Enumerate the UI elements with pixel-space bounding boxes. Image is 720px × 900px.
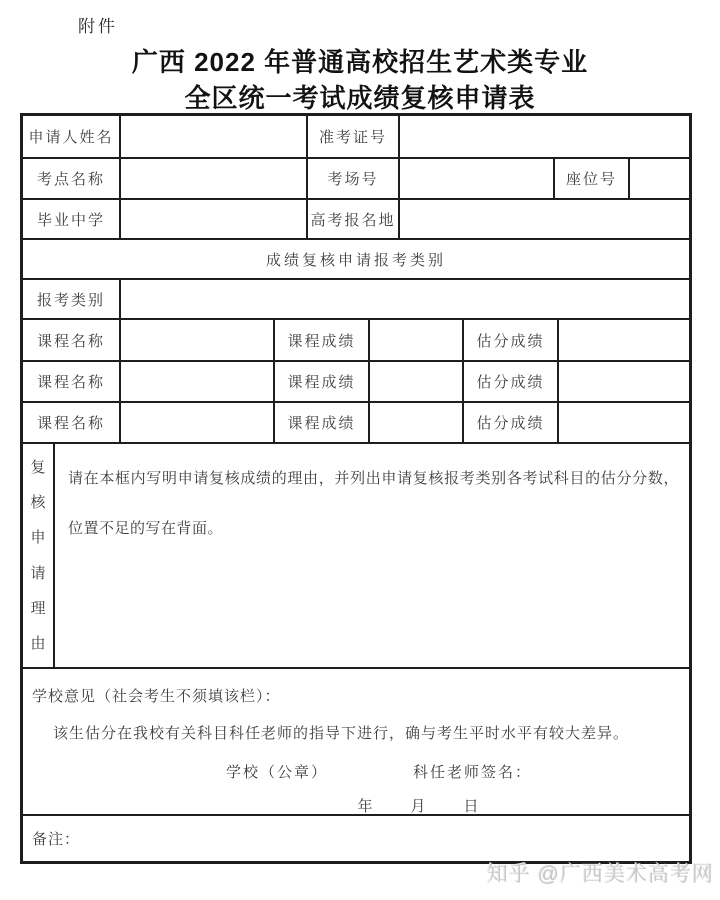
form-title-line1: 广西 2022 年普通高校招生艺术类专业 xyxy=(0,42,720,79)
ticket-number-field xyxy=(400,116,689,157)
room-number-field xyxy=(400,159,555,198)
school-opinion-statement: 该生估分在我校有关科目科任老师的指导下进行，确与考生平时水平有较大差异。 xyxy=(53,722,629,743)
school-seal-label: 学校（公章） xyxy=(226,761,328,782)
applicant-name-label: 申请人姓名 xyxy=(28,126,113,147)
applicant-name-field xyxy=(121,116,308,157)
graduate-school-label-cell: 毕业中学 xyxy=(23,200,121,238)
date-line: 年 月 日 xyxy=(85,795,720,816)
estimate-score-label: 估分成绩 xyxy=(476,412,544,433)
room-number-label-cell: 考场号 xyxy=(308,159,400,198)
estimate-score-field xyxy=(559,362,689,401)
course-score-label: 课程成绩 xyxy=(287,412,355,433)
row-category: 报考类别 xyxy=(23,280,689,320)
ticket-number-label-cell: 准考证号 xyxy=(308,116,400,157)
estimate-score-label-cell: 估分成绩 xyxy=(464,362,559,401)
course-name-label-cell: 课程名称 xyxy=(23,320,121,360)
room-number-label: 考场号 xyxy=(327,168,378,189)
teacher-signature-label: 科任老师签名： xyxy=(413,761,532,782)
row-remarks: 备注： xyxy=(23,816,689,861)
course-score-field xyxy=(370,320,464,360)
row-graduate-school: 毕业中学 高考报名地 xyxy=(23,200,689,240)
course-name-field xyxy=(121,320,275,360)
registration-place-label: 高考报名地 xyxy=(310,209,395,230)
course-score-label-cell: 课程成绩 xyxy=(275,320,370,360)
row-section-header: 成绩复核申请报考类别 xyxy=(23,240,689,280)
remarks-label: 备注： xyxy=(32,828,80,849)
site-name-label-cell: 考点名称 xyxy=(23,159,121,198)
side-char: 复 xyxy=(30,456,45,477)
row-exam-site: 考点名称 考场号 座位号 xyxy=(23,159,689,200)
date-day-label: 日 xyxy=(464,795,479,816)
review-reason-instructions: 请在本框内写明申请复核成绩的理由，并列出申请复核报考类别各考试科目的估分分数，位… xyxy=(55,444,689,667)
date-month-label: 月 xyxy=(410,795,425,816)
course-score-label-cell: 课程成绩 xyxy=(275,362,370,401)
category-label-cell: 报考类别 xyxy=(23,280,121,318)
course-name-field xyxy=(121,362,275,401)
course-name-label: 课程名称 xyxy=(37,412,105,433)
course-score-label: 课程成绩 xyxy=(287,330,355,351)
ticket-number-label: 准考证号 xyxy=(319,126,387,147)
seat-number-label-cell: 座位号 xyxy=(555,159,630,198)
applicant-name-label-cell: 申请人姓名 xyxy=(23,116,121,157)
course-row-3: 课程名称 课程成绩 估分成绩 xyxy=(23,403,689,444)
course-row-2: 课程名称 课程成绩 估分成绩 xyxy=(23,362,689,403)
side-char: 请 xyxy=(30,562,45,583)
graduate-school-field xyxy=(121,200,308,238)
side-char: 理 xyxy=(30,597,45,618)
row-school-opinion: 学校意见（社会考生不须填该栏）： 该生估分在我校有关科目科任老师的指导下进行，确… xyxy=(23,669,689,816)
side-char: 申 xyxy=(30,526,45,547)
side-char: 由 xyxy=(30,632,45,653)
application-form-table: 申请人姓名 准考证号 考点名称 考场号 座位号 xyxy=(20,113,692,864)
course-name-field xyxy=(121,403,275,442)
estimate-score-label: 估分成绩 xyxy=(476,330,544,351)
estimate-score-label: 估分成绩 xyxy=(476,371,544,392)
estimate-score-field xyxy=(559,320,689,360)
section-header-cell: 成绩复核申请报考类别 xyxy=(23,240,689,278)
estimate-score-field xyxy=(559,403,689,442)
course-score-label: 课程成绩 xyxy=(287,371,355,392)
estimate-score-label-cell: 估分成绩 xyxy=(464,403,559,442)
form-document-page: 附件 广西 2022 年普通高校招生艺术类专业 全区统一考试成绩复核申请表 申请… xyxy=(0,0,720,900)
seat-number-label: 座位号 xyxy=(566,168,617,189)
watermark-text: 知乎 @广西美术高考网 xyxy=(487,858,714,888)
section-header-text: 成绩复核申请报考类别 xyxy=(266,249,446,270)
site-name-field xyxy=(121,159,308,198)
side-char: 核 xyxy=(30,491,45,512)
course-score-field xyxy=(370,403,464,442)
category-field xyxy=(121,280,689,318)
course-name-label-cell: 课程名称 xyxy=(23,403,121,442)
form-title-line2: 全区统一考试成绩复核申请表 xyxy=(0,78,720,115)
school-opinion-heading: 学校意见（社会考生不须填该栏）： xyxy=(32,685,281,706)
course-name-label-cell: 课程名称 xyxy=(23,362,121,401)
seat-number-field xyxy=(630,159,689,198)
row-applicant: 申请人姓名 准考证号 xyxy=(23,116,689,159)
course-score-label-cell: 课程成绩 xyxy=(275,403,370,442)
estimate-score-label-cell: 估分成绩 xyxy=(464,320,559,360)
course-row-1: 课程名称 课程成绩 估分成绩 xyxy=(23,320,689,362)
category-label: 报考类别 xyxy=(37,289,105,310)
course-name-label: 课程名称 xyxy=(37,330,105,351)
course-name-label: 课程名称 xyxy=(37,371,105,392)
date-year-label: 年 xyxy=(357,795,372,816)
registration-place-field xyxy=(400,200,689,238)
attachment-label: 附件 xyxy=(78,12,118,37)
registration-place-label-cell: 高考报名地 xyxy=(308,200,400,238)
course-score-field xyxy=(370,362,464,401)
review-reason-side-label: 复 核 申 请 理 由 xyxy=(23,444,55,667)
site-name-label: 考点名称 xyxy=(37,168,105,189)
row-review-reason: 复 核 申 请 理 由 请在本框内写明申请复核成绩的理由，并列出申请复核报考类别… xyxy=(23,444,689,669)
graduate-school-label: 毕业中学 xyxy=(37,209,105,230)
